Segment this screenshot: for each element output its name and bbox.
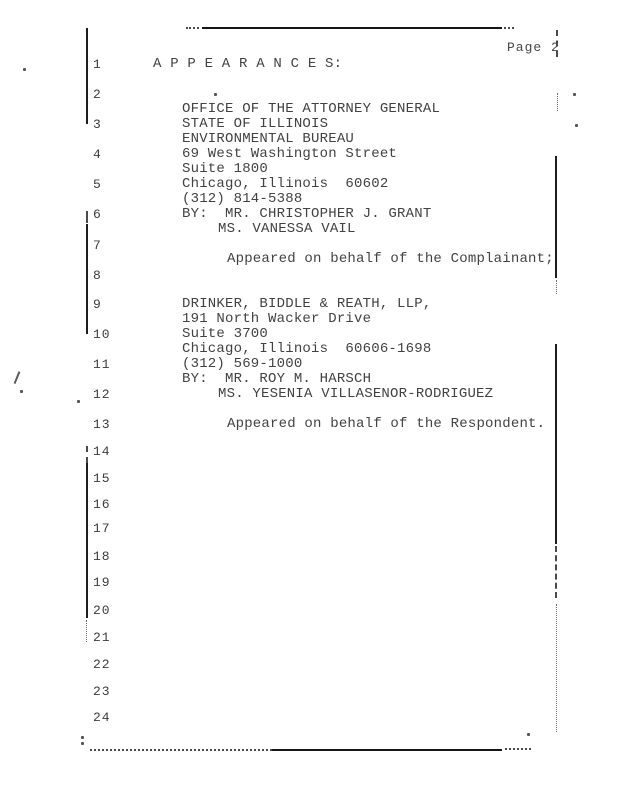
right-margin-rule-seg1: [555, 156, 557, 278]
top-rule: [202, 27, 502, 29]
transcript-line: 69 West Washington Street: [182, 147, 397, 162]
scan-artifact-slash: [14, 371, 20, 384]
page-number-label: Page 2: [507, 40, 560, 55]
scan-artifact-dot: [20, 390, 23, 393]
right-margin-rule-dash2: [555, 546, 557, 598]
left-margin-rule-seg3: [86, 463, 88, 618]
scan-artifact-dot: [23, 68, 26, 71]
left-margin-rule-seg1: [86, 28, 88, 124]
line-number: 12: [93, 387, 111, 402]
top-rule-right-dash: [504, 27, 514, 29]
line-number: 24: [93, 710, 111, 725]
right-margin-rule-dots2: [556, 280, 557, 294]
line-number: 11: [93, 357, 111, 372]
line-number: 10: [93, 327, 111, 342]
right-margin-rule-dots3: [556, 604, 557, 732]
bottom-rule-dotted: [90, 749, 272, 751]
left-margin-rule-seg2: [86, 224, 88, 334]
line-number: 7: [93, 238, 102, 253]
line-number: 23: [93, 684, 111, 699]
right-margin-rule-dots1: [557, 93, 558, 111]
line-number: 14: [93, 444, 111, 459]
scan-artifact-dot: [575, 124, 578, 127]
line-number: 18: [93, 549, 111, 564]
scan-artifact-dot: [527, 733, 530, 736]
line-number: 4: [93, 147, 102, 162]
line-number: 16: [93, 497, 111, 512]
transcript-line: Chicago, Illinois 60606-1698: [182, 342, 431, 357]
line-number: 8: [93, 268, 102, 283]
line-number: 5: [93, 177, 102, 192]
bottom-rule-right-dots: [505, 748, 531, 750]
transcript-line: (312) 569-1000: [182, 357, 302, 372]
transcript-line: Chicago, Illinois 60602: [182, 177, 388, 192]
transcript-line: Suite 3700: [182, 327, 268, 342]
transcript-line: BY: MR. ROY M. HARSCH: [182, 372, 371, 387]
left-margin-rule-dash2: [86, 446, 88, 463]
transcript-line: (312) 814-5388: [182, 192, 302, 207]
line-number: 20: [93, 603, 111, 618]
line-number: 3: [93, 117, 102, 132]
transcript-line: OFFICE OF THE ATTORNEY GENERAL: [182, 102, 440, 117]
line-number: 21: [93, 630, 111, 645]
line-number: 17: [93, 521, 111, 536]
line-number: 9: [93, 297, 102, 312]
scan-artifact-dot: [81, 742, 84, 745]
transcript-line: MS. VANESSA VAIL: [218, 222, 356, 237]
transcript-line: Appeared on behalf of the Respondent.: [227, 417, 545, 432]
transcript-line: DRINKER, BIDDLE & REATH, LLP,: [182, 297, 431, 312]
left-margin-rule-dash1: [86, 211, 88, 223]
scan-artifact-dot: [77, 400, 80, 403]
transcript-line: 191 North Wacker Drive: [182, 312, 371, 327]
line-number: 6: [93, 207, 102, 222]
scan-artifact-dot: [573, 93, 576, 96]
left-margin-rule-dots: [86, 620, 87, 642]
transcript-line: BY: MR. CHRISTOPHER J. GRANT: [182, 207, 431, 222]
line-number: 1: [93, 57, 102, 72]
transcript-page: Page 2 1 2 3 4 5 6 7 8 9 10 11 12 13 14 …: [0, 0, 618, 800]
line-number: 15: [93, 471, 111, 486]
line-number: 22: [93, 657, 111, 672]
transcript-line: MS. YESENIA VILLASENOR-RODRIGUEZ: [218, 387, 493, 402]
line-number: 13: [93, 417, 111, 432]
line-number: 19: [93, 575, 111, 590]
bottom-rule-solid: [272, 749, 502, 751]
line-number: 2: [93, 87, 102, 102]
scan-artifact-dot: [81, 736, 84, 739]
scan-artifact-dot: [214, 93, 217, 96]
top-rule-left-dash: [186, 27, 199, 29]
right-margin-rule-seg2: [555, 344, 557, 544]
transcript-line: Appeared on behalf of the Complainant;: [227, 252, 554, 267]
appearances-heading: A P P E A R A N C E S:: [153, 57, 342, 72]
transcript-line: STATE OF ILLINOIS: [182, 117, 328, 132]
transcript-line: Suite 1800: [182, 162, 268, 177]
transcript-line: ENVIRONMENTAL BUREAU: [182, 132, 354, 147]
